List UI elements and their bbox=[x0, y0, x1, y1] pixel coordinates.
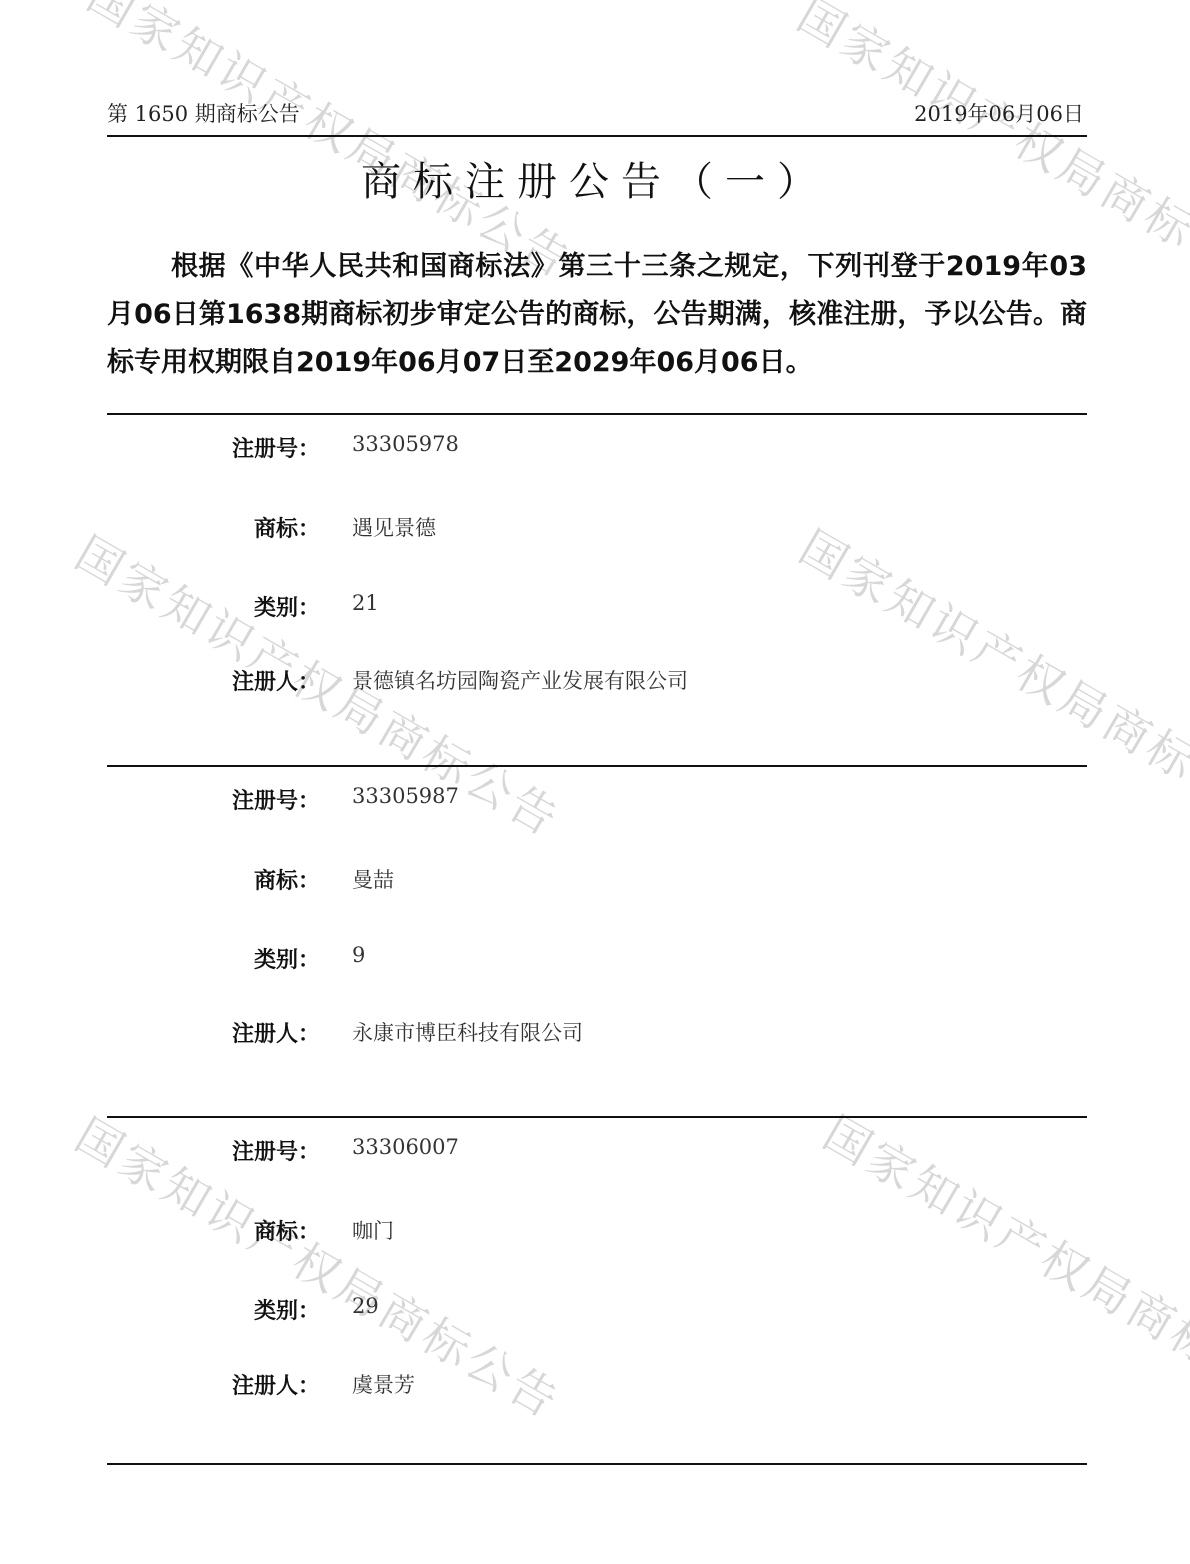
class-value: 29 bbox=[352, 1294, 379, 1318]
mark-field: 商标： 咖门 bbox=[0, 1215, 1190, 1245]
reg-no-label: 注册号： bbox=[232, 432, 320, 463]
registrant-value: 永康市博臣科技有限公司 bbox=[352, 1017, 583, 1047]
class-label: 类别： bbox=[254, 943, 320, 974]
section-divider bbox=[107, 413, 1087, 415]
class-value: 21 bbox=[352, 591, 379, 615]
reg-no-value: 33305987 bbox=[352, 784, 459, 808]
record-divider bbox=[107, 765, 1087, 767]
reg-no-value: 33305978 bbox=[352, 432, 459, 456]
page-title: 商标注册公告（一） bbox=[0, 150, 1190, 207]
reg-no-value: 33306007 bbox=[352, 1135, 459, 1159]
registrant-field: 注册人： 景德镇名坊园陶瓷产业发展有限公司 bbox=[0, 665, 1190, 695]
issue-number: 第 1650 期商标公告 bbox=[107, 98, 300, 128]
reg-no-label: 注册号： bbox=[232, 784, 320, 815]
reg-no-field: 注册号： 33306007 bbox=[0, 1135, 1190, 1165]
registrant-value: 虞景芳 bbox=[352, 1369, 415, 1399]
mark-value: 遇见景德 bbox=[352, 512, 436, 542]
reg-no-field: 注册号： 33305978 bbox=[0, 432, 1190, 462]
issue-date: 2019年06月06日 bbox=[914, 98, 1084, 128]
mark-value: 曼喆 bbox=[352, 864, 394, 894]
class-label: 类别： bbox=[254, 1294, 320, 1325]
mark-field: 商标： 曼喆 bbox=[0, 864, 1190, 894]
header-divider bbox=[107, 135, 1087, 137]
class-value: 9 bbox=[352, 943, 365, 967]
registrant-field: 注册人： 虞景芳 bbox=[0, 1369, 1190, 1399]
registrant-value: 景德镇名坊园陶瓷产业发展有限公司 bbox=[352, 665, 688, 695]
mark-label: 商标： bbox=[254, 512, 320, 543]
mark-label: 商标： bbox=[254, 864, 320, 895]
class-field: 类别： 29 bbox=[0, 1294, 1190, 1324]
registrant-label: 注册人： bbox=[232, 1369, 320, 1400]
reg-no-field: 注册号： 33305987 bbox=[0, 784, 1190, 814]
class-field: 类别： 21 bbox=[0, 591, 1190, 621]
intro-paragraph: 根据《中华人民共和国商标法》第三十三条之规定，下列刊登于2019年03月06日第… bbox=[107, 243, 1087, 387]
registrant-field: 注册人： 永康市博臣科技有限公司 bbox=[0, 1017, 1190, 1047]
footer-divider bbox=[107, 1463, 1087, 1465]
class-label: 类别： bbox=[254, 591, 320, 622]
reg-no-label: 注册号： bbox=[232, 1135, 320, 1166]
record-divider bbox=[107, 1116, 1087, 1118]
announcement-page: 国家知识产权局商标公告 国家知识产权局商标公告 国家知识产权局商标公告 国家知识… bbox=[0, 0, 1190, 1564]
registrant-label: 注册人： bbox=[232, 1017, 320, 1048]
mark-field: 商标： 遇见景德 bbox=[0, 512, 1190, 542]
mark-label: 商标： bbox=[254, 1215, 320, 1246]
class-field: 类别： 9 bbox=[0, 943, 1190, 973]
registrant-label: 注册人： bbox=[232, 665, 320, 696]
mark-value: 咖门 bbox=[352, 1215, 394, 1245]
